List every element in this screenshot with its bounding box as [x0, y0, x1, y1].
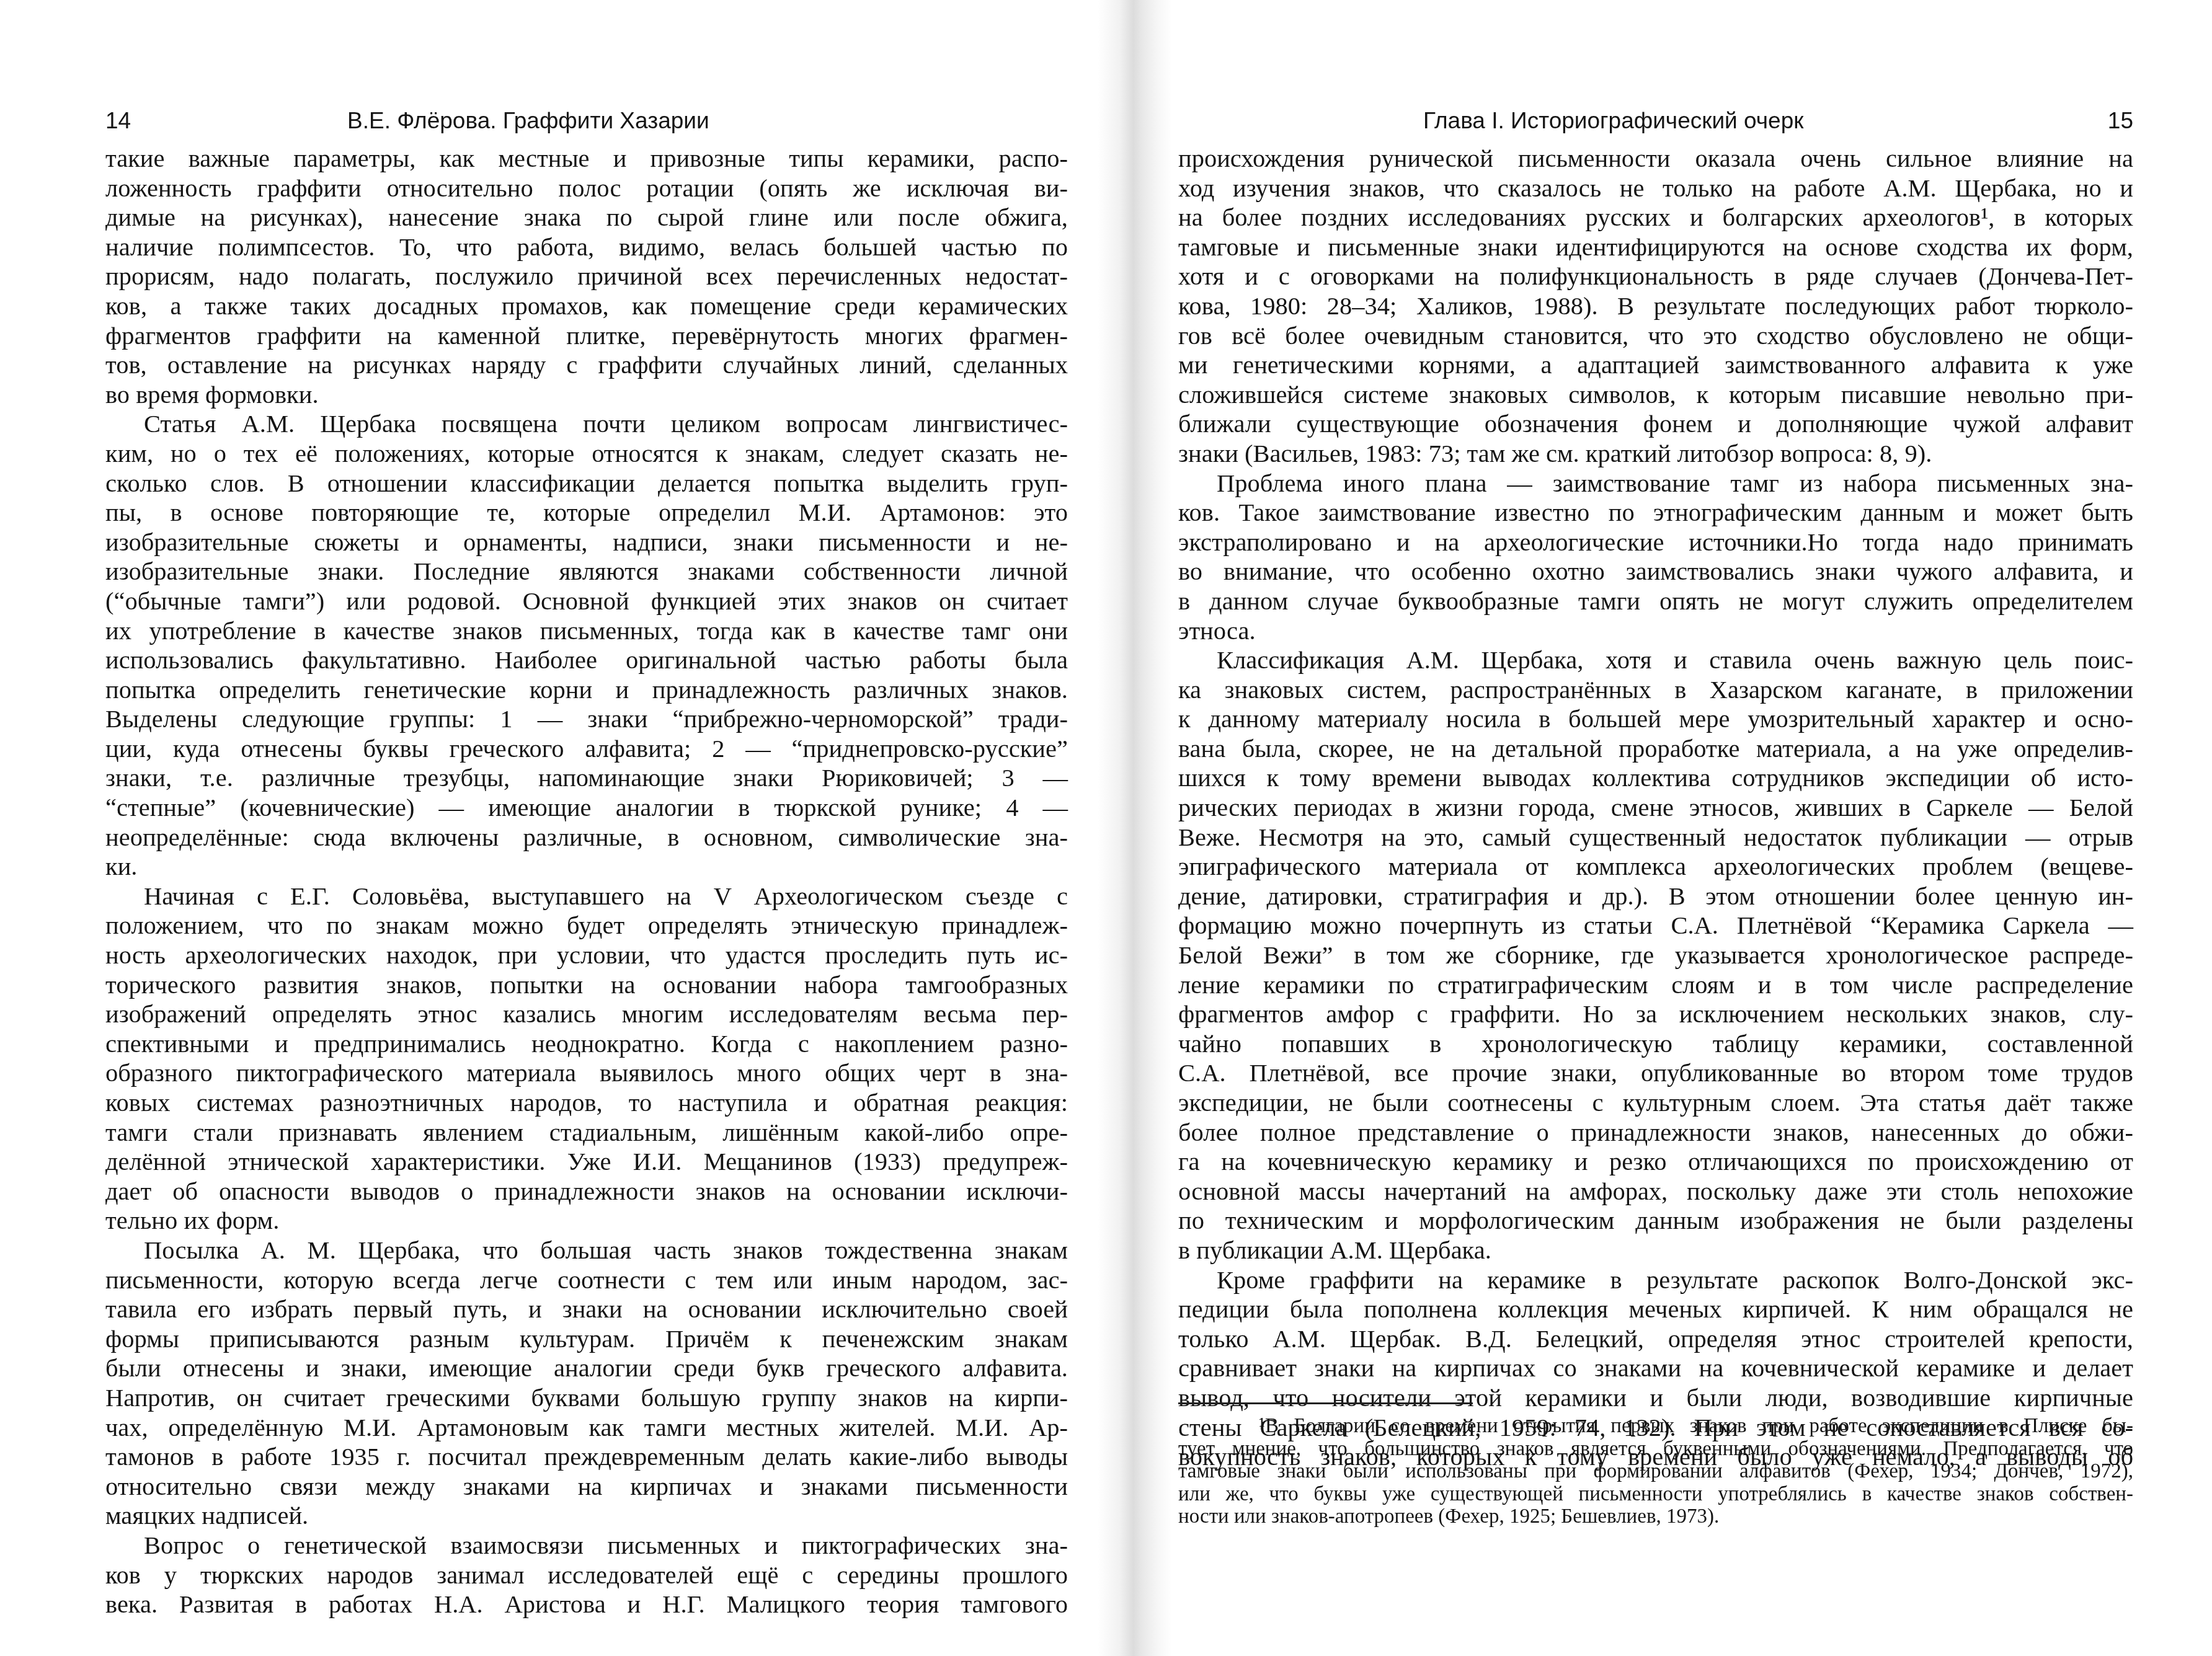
text-line: Посылка А. М. Щербака, что большая часть…: [105, 1236, 1068, 1265]
text-line: образного пиктографического материала вы…: [105, 1058, 1068, 1088]
text-line: педиции была пополнена коллекция меченых…: [1178, 1295, 2133, 1324]
text-line: были отнесены и знаки, имеющие аналогии …: [105, 1353, 1068, 1383]
footnotes: ¹В Болгарии со времени открытия первых з…: [1178, 1415, 2133, 1528]
text-line: века. Развитая в работах Н.А. Аристова и…: [105, 1590, 1068, 1619]
text-line: прорисям, надо полагать, послужило причи…: [105, 262, 1068, 291]
text-line: тамги стали признавать явлением стадиаль…: [105, 1118, 1068, 1148]
text-line: Выделены следующие группы: 1 — знаки “пр…: [105, 704, 1068, 734]
text-line: спективными и предпринимались неоднократ…: [105, 1029, 1068, 1059]
text-line: тавила его избрать первый путь, и знаки …: [105, 1295, 1068, 1324]
text-line: или же, что буквы уже существующей письм…: [1178, 1483, 2133, 1506]
text-line: в публикации А.М. Щербака.: [1178, 1236, 2133, 1265]
text-line: основной массы начертаний на амфорах, по…: [1178, 1177, 2133, 1207]
left-running-head: 14 В.Е. Флёрова. Граффити Хазарии: [105, 102, 1068, 139]
text-line: чах, определённую М.И. Артамоновым как т…: [105, 1413, 1068, 1443]
text-line: Статья А.М. Щербака посвящена почти цели…: [105, 409, 1068, 439]
running-head-title: Глава I. Историографический очерк: [1423, 102, 1803, 139]
text-line: ложенность граффити относительно полос р…: [105, 174, 1068, 203]
text-line: рических периодах в жизни города, смене …: [1178, 793, 2133, 823]
text-line: экспедиции, не были соотнесены с культур…: [1178, 1088, 2133, 1118]
right-page: Глава I. Историографический очерк 15 про…: [1178, 0, 2133, 1656]
text-line: изобразительные знаки. Последние являютс…: [105, 557, 1068, 587]
text-line: тельно их форм.: [105, 1206, 1068, 1236]
text-line: маяцких надписей.: [105, 1501, 1068, 1531]
text-line: относительно связи между знаками на кирп…: [105, 1472, 1068, 1502]
text-line: их употребление в качестве знаков письме…: [105, 616, 1068, 646]
text-line: Веже. Несмотря на это, самый существенны…: [1178, 823, 2133, 852]
text-line: ми генетическими корнями, а адаптацией з…: [1178, 350, 2133, 380]
text-line: ковых системах разноэтничных народов, то…: [105, 1088, 1068, 1118]
right-running-head: Глава I. Историографический очерк 15: [1178, 102, 2133, 139]
text-line: к данному материалу носила в большей мер…: [1178, 704, 2133, 734]
text-line: только А.М. Щербак. В.Д. Белецкий, опред…: [1178, 1324, 2133, 1354]
text-line: “степные” (кочевнические) — имеющие анал…: [105, 793, 1068, 823]
text-line: Начиная с Е.Г. Соловьёва, выступавшего н…: [105, 882, 1068, 911]
text-line: сложившейся системе знаковых символов, к…: [1178, 380, 2133, 410]
text-line: положением, что по знакам можно будет оп…: [105, 911, 1068, 941]
text-line: кова, 1980: 28–34; Халиков, 1988). В рез…: [1178, 291, 2133, 321]
text-line: Белой Вежи” в том же сборнике, где указы…: [1178, 941, 2133, 970]
text-line: тамговые знаки были использованы при фор…: [1178, 1460, 2133, 1483]
text-line: формы приписываются разным культурам. Пр…: [105, 1324, 1068, 1354]
text-line: знаки, т.е. различные трезубцы, напомина…: [105, 763, 1068, 793]
page-number: 14: [105, 102, 131, 139]
text-line: димые на рисунках), нанесение знака по с…: [105, 203, 1068, 232]
text-line: хотя и с оговорками на полифункционально…: [1178, 262, 2133, 291]
text-line: вана была, скорее, не на детальной прора…: [1178, 734, 2133, 764]
text-line: тов, оставление на рисунках наряду с гра…: [105, 350, 1068, 380]
text-line: фрагментов амфор с граффити. Но за исклю…: [1178, 999, 2133, 1029]
text-line: Проблема иного плана — заимствование там…: [1178, 469, 2133, 498]
text-line: вывод, что носители этой керамики и были…: [1178, 1383, 2133, 1413]
left-page-body-text: такие важные параметры, как местные и пр…: [105, 144, 1068, 1619]
text-line: этноса.: [1178, 616, 2133, 646]
text-line: Вопрос о генетической взаимосвязи письме…: [105, 1531, 1068, 1561]
text-line: ков у тюркских народов занимал исследова…: [105, 1561, 1068, 1590]
text-line: на более поздних исследованиях русских и…: [1178, 203, 2133, 232]
text-line: пы, в основе повторяющие те, которые опр…: [105, 498, 1068, 528]
text-line: тамонов в работе 1935 г. посчитал прежде…: [105, 1442, 1068, 1472]
text-line: тует мнение, что большинство знаков явля…: [1178, 1438, 2133, 1461]
text-line: ность археологических находок, при услов…: [105, 941, 1068, 970]
right-page-body-text: происхождения рунической письменности ок…: [1178, 144, 2133, 1472]
text-line: экстраполировано и на археологические ис…: [1178, 528, 2133, 557]
text-line: ков. Такое заимствование известно по этн…: [1178, 498, 2133, 528]
text-line: Напротив, он считает греческими буквами …: [105, 1383, 1068, 1413]
text-line: ности или знаков-апотропеев (Фехер, 1925…: [1178, 1505, 2133, 1528]
text-line: изобразительные сюжеты и орнаменты, надп…: [105, 528, 1068, 557]
running-head-title: В.Е. Флёрова. Граффити Хазарии: [347, 102, 709, 139]
text-line: письменности, которую всегда легче соотн…: [105, 1265, 1068, 1295]
text-line: более полное представление о принадлежно…: [1178, 1118, 2133, 1148]
text-line: ким, но о тех её положениях, которые отн…: [105, 439, 1068, 469]
text-line: во время формовки.: [105, 380, 1068, 410]
text-line: знаки (Васильев, 1983: 73; там же см. кр…: [1178, 439, 2133, 469]
text-line: изображений определять этнос казались мн…: [105, 999, 1068, 1029]
text-line: в данном случае буквообразные тамги опят…: [1178, 587, 2133, 616]
text-line: фрагментов граффити на каменной плитке, …: [105, 321, 1068, 351]
text-line: ¹В Болгарии со времени открытия первых з…: [1178, 1415, 2133, 1438]
text-line: ка знаковых систем, распространённых в Х…: [1178, 675, 2133, 705]
text-line: чайно попавших в хронологическую таблицу…: [1178, 1029, 2133, 1059]
left-page: 14 В.Е. Флёрова. Граффити Хазарии такие …: [105, 0, 1068, 1656]
text-line: неопределённые: сюда включены различные,…: [105, 823, 1068, 852]
text-line: ближали существующие обозначения фонем и…: [1178, 409, 2133, 439]
text-line: формацию можно почерпнуть из статьи С.А.…: [1178, 911, 2133, 941]
text-line: попытка определить генетические корни и …: [105, 675, 1068, 705]
text-line: делённой этнической характеристики. Уже …: [105, 1147, 1068, 1177]
text-line: торического развития знаков, попытки на …: [105, 970, 1068, 1000]
text-line: ки.: [105, 852, 1068, 882]
text-line: ление керамики по стратиграфическим слоя…: [1178, 970, 2133, 1000]
text-line: Кроме граффити на керамике в результате …: [1178, 1265, 2133, 1295]
text-line: эпиграфического материала от комплекса а…: [1178, 852, 2133, 882]
text-line: происхождения рунической письменности ок…: [1178, 144, 2133, 174]
text-line: Классификация А.М. Щербака, хотя и стави…: [1178, 645, 2133, 675]
text-line: тамговые и письменные знаки идентифициру…: [1178, 232, 2133, 262]
text-line: использовались факультативно. Наиболее о…: [105, 645, 1068, 675]
text-line: дение, датировки, стратиграфия и др.). В…: [1178, 882, 2133, 911]
book-gutter-shadow: [1098, 0, 1172, 1656]
text-line: наличие полимпсестов. То, что работа, ви…: [105, 232, 1068, 262]
text-line: С.А. Плетнёвой, все прочие знаки, опубли…: [1178, 1058, 2133, 1088]
text-line: ход изучения знаков, что сказалось не то…: [1178, 174, 2133, 203]
text-line: такие важные параметры, как местные и пр…: [105, 144, 1068, 174]
text-line: сравнивает знаки на кирпичах со знаками …: [1178, 1353, 2133, 1383]
text-line: ков, а также таких досадных промахов, ка…: [105, 291, 1068, 321]
text-line: (“обычные тамги”) или родовой. Основной …: [105, 587, 1068, 616]
text-line: шихся к тому времени выводах коллектива …: [1178, 763, 2133, 793]
footnote-divider: [1178, 1402, 1473, 1404]
text-line: гов всё более очевидным становится, что …: [1178, 321, 2133, 351]
text-line: сколько слов. В отношении классификации …: [105, 469, 1068, 498]
text-line: дает об опасности выводов о принадлежнос…: [105, 1177, 1068, 1207]
text-line: ции, куда отнесены буквы греческого алфа…: [105, 734, 1068, 764]
text-line: во внимание, что особенно охотно заимств…: [1178, 557, 2133, 587]
text-line: по техническим и морфологическим данным …: [1178, 1206, 2133, 1236]
text-line: га на кочевническую керамику и резко отл…: [1178, 1147, 2133, 1177]
page-number: 15: [2108, 102, 2133, 139]
